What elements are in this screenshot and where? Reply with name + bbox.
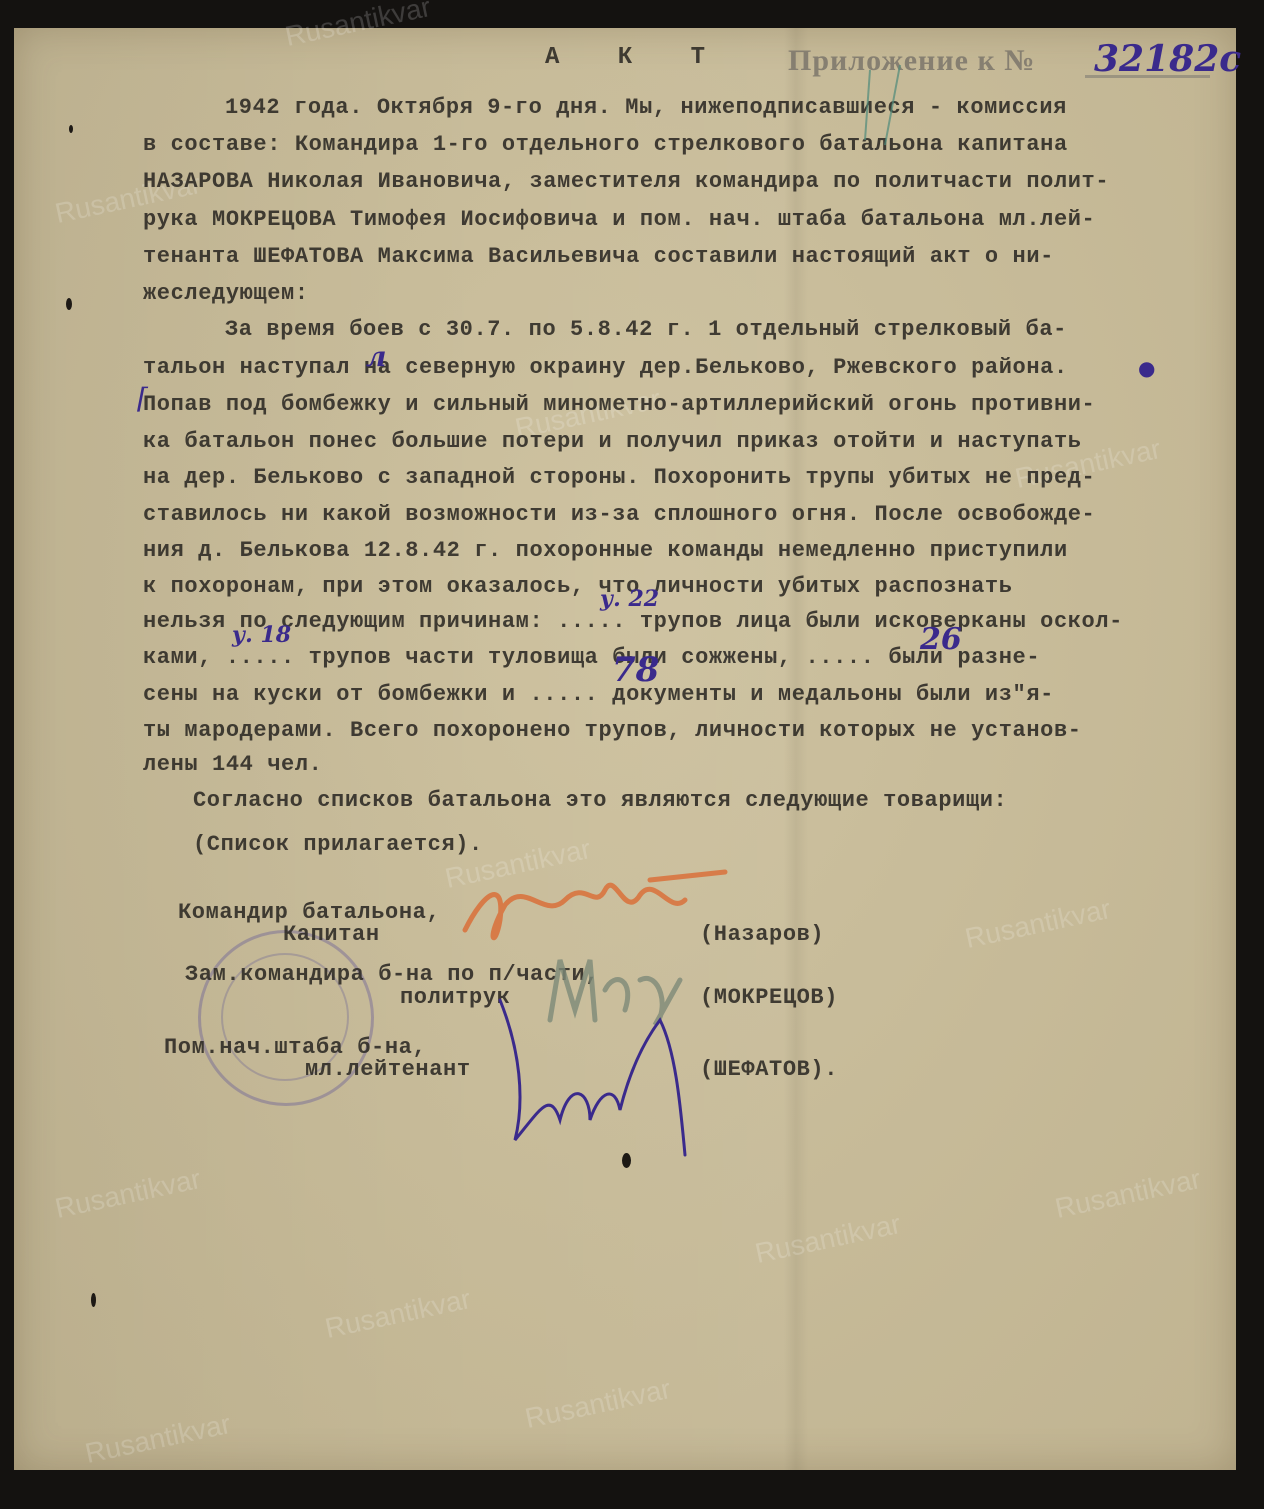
handwritten-count-looted: 78 — [612, 650, 659, 690]
body-line: тальон наступал на северную окраину дер.… — [143, 355, 1068, 380]
body-line: на дер. Бельково с западной стороны. Пох… — [143, 465, 1095, 490]
body-line: сены на куски от бомбежки и ..... докуме… — [143, 682, 1054, 707]
watermark: Rusantikvar — [322, 1283, 473, 1345]
handwritten-count-blown-apart: 26 — [920, 622, 962, 657]
signature-nazarov — [445, 860, 735, 960]
ink-correction-mark: ● — [1138, 356, 1155, 380]
punch-hole — [69, 125, 73, 133]
body-line: (Список прилагается). — [193, 832, 483, 857]
watermark: Rusantikvar — [82, 1408, 233, 1470]
body-line: ками, ..... трупов части туловища были с… — [143, 645, 1040, 670]
signer-2-role: Зам.командира б-на по п/части, — [185, 962, 599, 987]
body-line: ка батальон понес большие потери и получ… — [143, 429, 1082, 454]
body-line: 1942 года. Октября 9-го дня. Мы, нижепод… — [225, 95, 1067, 120]
signer-2-name: (МОКРЕЦОВ) — [700, 985, 838, 1010]
appendix-stamp: Приложение к № — [788, 44, 1035, 78]
stamp-underline — [1085, 75, 1210, 78]
watermark: Rusantikvar — [522, 1373, 673, 1435]
body-line: За время боев с 30.7. по 5.8.42 г. 1 отд… — [225, 317, 1067, 342]
body-line: ставилось ни какой возможности из-за спл… — [143, 502, 1095, 527]
body-line: Согласно списков батальона это являются … — [193, 788, 1007, 813]
watermark: Rusantikvar — [1052, 1163, 1203, 1225]
handwritten-file-number: 32182с — [1094, 38, 1241, 80]
signer-3-name: (ШЕФАТОВ). — [700, 1057, 838, 1082]
watermark: Rusantikvar — [962, 893, 1113, 955]
body-line: к похоронам, при этом оказалось, что лич… — [143, 574, 1013, 599]
ink-correction-mark: л — [366, 340, 387, 373]
punch-hole — [66, 298, 72, 310]
body-line: тенанта ШЕФАТОВА Максима Васильевича сос… — [143, 244, 1054, 269]
handwritten-count-faces: у. 22 — [600, 586, 659, 612]
document-title: А К Т — [545, 44, 727, 71]
ink-correction-mark: ⌈ — [137, 382, 148, 415]
body-line: в составе: Командира 1-го отдельного стр… — [143, 132, 1068, 157]
body-line: жеследующем: — [143, 281, 309, 306]
body-line: НАЗАРОВА Николая Ивановича, заместителя … — [143, 169, 1109, 194]
signer-3-rank: мл.лейтенант — [305, 1057, 471, 1082]
pencil-check-mark — [855, 60, 905, 150]
signature-shefatov — [480, 990, 710, 1160]
body-line: Попав под бомбежку и сильный минометно-а… — [143, 392, 1095, 417]
body-line: ты мародерами. Всего похоронено трупов, … — [143, 718, 1082, 743]
punch-hole — [91, 1293, 96, 1307]
watermark: Rusantikvar — [282, 0, 433, 53]
body-line: рука МОКРЕЦОВА Тимофея Иосифовича и пом.… — [143, 207, 1095, 232]
handwritten-count-burned: у. 18 — [232, 622, 291, 648]
signer-1-rank: Капитан — [283, 922, 380, 947]
watermark: Rusantikvar — [52, 1163, 203, 1225]
watermark: Rusantikvar — [752, 1208, 903, 1270]
body-line: ния д. Белькова 12.8.42 г. похоронные ко… — [143, 538, 1068, 563]
body-line: лены 144 чел. — [143, 752, 322, 777]
